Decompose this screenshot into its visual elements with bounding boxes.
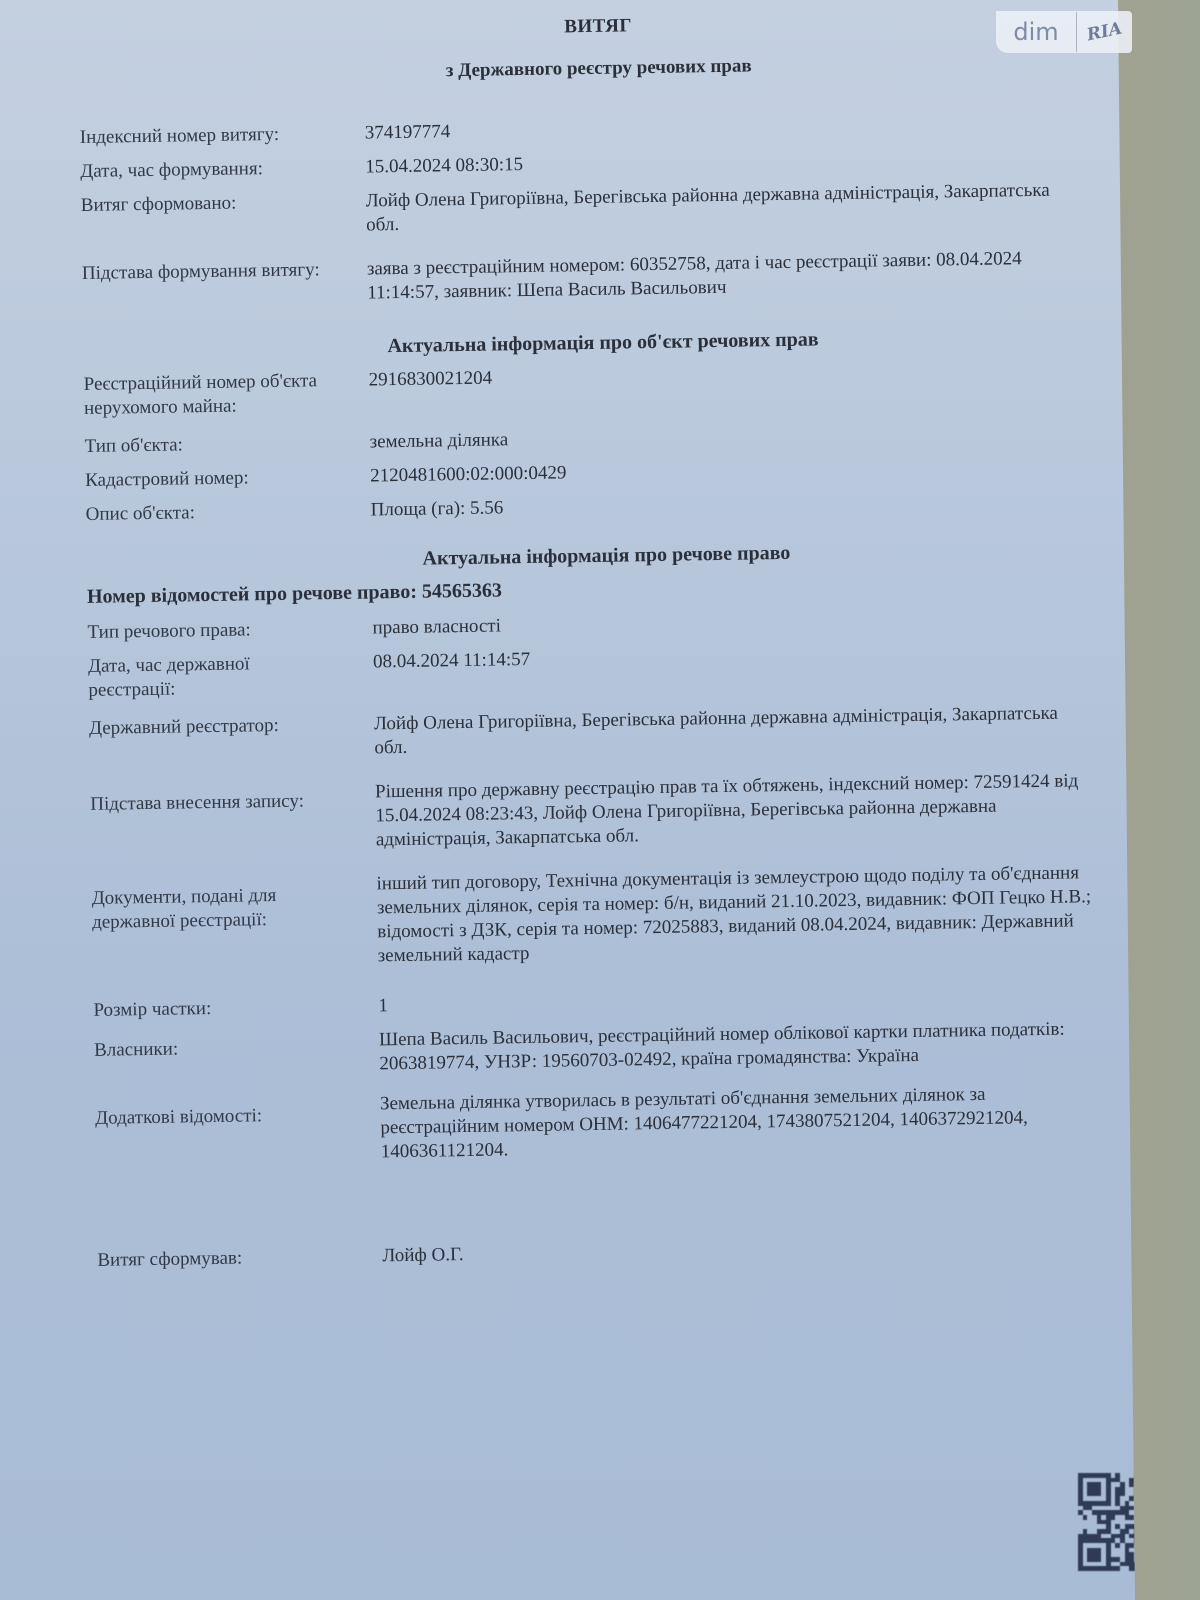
- qr-code-icon: [1078, 1473, 1176, 1571]
- field-label: Розмір частки:: [93, 994, 378, 1022]
- field-value: Лойф Олена Григоріївна, Берегівська райо…: [374, 701, 1090, 760]
- extract-info-block: Індексний номер витягу: 374197774 Дата, …: [80, 110, 1083, 310]
- field-value: 2916830021204: [368, 357, 1084, 416]
- field-value: Рішення про державну реєстрацію прав та …: [375, 769, 1091, 852]
- field-label: Документи, подані для державної реєстрац…: [91, 873, 352, 973]
- object-section-title: Актуальна інформація про об'єкт речових …: [123, 324, 1083, 362]
- extract-date-row: Дата, час формування: 15.04.2024 08:30:1…: [80, 144, 1080, 184]
- object-info-block: Реєстраційний номер об'єкта нерухомого м…: [83, 357, 1085, 527]
- registration-date-row: Дата, час державної реєстрації: 08.04.20…: [88, 639, 1089, 703]
- field-value: інший тип договору, Технічна документаці…: [376, 861, 1092, 968]
- logo-ria-text: RIA: [1076, 17, 1134, 48]
- field-label: Дата, час формування:: [80, 156, 365, 184]
- field-value: 15.04.2024 08:30:15: [365, 144, 1080, 179]
- field-value: 08.04.2024 11:14:57: [373, 639, 1089, 698]
- object-reg-number-row: Реєстраційний номер об'єкта нерухомого м…: [83, 357, 1084, 421]
- field-label: Власники:: [94, 1028, 380, 1080]
- documents-row: Документи, подані для державної реєстрац…: [91, 861, 1092, 973]
- field-label: Підстава внесення запису:: [90, 781, 311, 856]
- field-label: Державний реєстратор:: [89, 712, 375, 764]
- field-label: Витяг сформовано:: [81, 190, 367, 242]
- rights-record-number: Номер відомостей про речове право: 54565…: [87, 570, 1087, 609]
- document-title: ВИТЯГ: [118, 8, 1078, 45]
- field-value: 2120481600:02:000:0429: [370, 453, 1085, 488]
- logo-dim-text: dim: [996, 12, 1077, 52]
- dim-ria-logo: dim RIA: [996, 11, 1132, 53]
- owners-row: Власники: Шепа Василь Васильович, реєстр…: [94, 1017, 1095, 1081]
- field-label: Опис об'єкта:: [86, 498, 371, 526]
- right-section-title: Актуальна інформація про речове право: [126, 537, 1086, 575]
- field-value: 1: [378, 983, 1093, 1018]
- field-value: Земельна ділянка утворилась в результаті…: [380, 1081, 1096, 1164]
- right-info-block: Тип речового права: право власності Дата…: [87, 605, 1095, 1169]
- additional-info-row: Додаткові відомості: Земельна ділянка ут…: [95, 1081, 1096, 1169]
- field-label: Підстава формування витягу:: [82, 258, 343, 310]
- registrar-row: Державний реєстратор: Лойф Олена Григорі…: [89, 701, 1090, 765]
- extract-issuer-row: Витяг сформовано: Лойф Олена Григоріївна…: [81, 178, 1082, 242]
- field-label: Витяг сформував:: [97, 1244, 382, 1272]
- extract-basis-row: Підстава формування витягу: заява з реєс…: [82, 246, 1083, 310]
- right-type-row: Тип речового права: право власності: [87, 605, 1087, 645]
- field-label: Реєстраційний номер об'єкта нерухомого м…: [83, 369, 324, 421]
- field-label: Кадастровий номер:: [85, 464, 370, 492]
- cadastral-number-row: Кадастровий номер: 2120481600:02:000:042…: [85, 453, 1085, 493]
- field-value: Лойф Олена Григоріївна, Берегівська райо…: [366, 178, 1082, 237]
- field-label: Індексний номер витягу:: [80, 122, 365, 150]
- extract-page: ВИТЯГ з Державного реєстру речових прав …: [78, 8, 1098, 1283]
- entry-basis-row: Підстава внесення запису: Рішення про де…: [90, 769, 1091, 857]
- object-type-row: Тип об'єкта: земельна ділянка: [84, 419, 1084, 459]
- field-label: Тип речового права:: [87, 616, 372, 644]
- field-value: Площа (га): 5.56: [370, 487, 1085, 522]
- document-sheet: ВИТЯГ з Державного реєстру речових прав …: [0, 0, 1140, 1600]
- field-value: земельна ділянка: [369, 419, 1084, 454]
- object-description-row: Опис об'єкта: Площа (га): 5.56: [86, 487, 1086, 527]
- field-label: Тип об'єкта:: [84, 430, 369, 458]
- field-value: заява з реєстраційним номером: 60352758,…: [367, 246, 1083, 305]
- field-label: Додаткові відомості:: [95, 1092, 381, 1168]
- field-value: Шепа Василь Васильович, реєстраційний но…: [379, 1017, 1095, 1076]
- field-label: Дата, час державної реєстрації:: [88, 651, 319, 703]
- share-size-row: Розмір частки: 1: [93, 983, 1093, 1023]
- field-value: право власності: [372, 605, 1087, 640]
